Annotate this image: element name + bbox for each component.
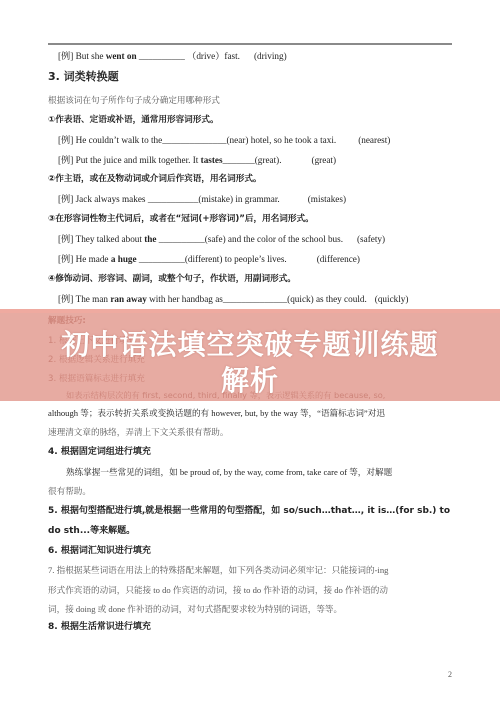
tip-7-line-2: 形式作宾语的动词，只能接 to do 作宾语的动词，接 to do 作补语的动词… xyxy=(48,584,388,596)
section3-title: 3. 词类转换题 xyxy=(48,71,119,83)
example-answer: (nearest) xyxy=(358,135,390,145)
tip-6: 6. 根据词汇知识进行填充 xyxy=(48,545,151,557)
tip-3-text-3: 速理清文章的脉络，弄清上下文关系很有帮助。 xyxy=(48,427,228,439)
example-answer: (safety) xyxy=(357,234,385,244)
example-bold: the xyxy=(144,234,156,244)
tip-5-line-1: 5. 根据句型搭配进行填,就是根据一些常用的句型搭配，如 so/such…tha… xyxy=(48,505,450,517)
example-prefix: [例] Jack always makes xyxy=(58,194,148,204)
rule-2-label: ②作主语，或在及物动词或介词后作宾语，用名词形式。 xyxy=(48,173,262,185)
example-suffix: with her handbag as xyxy=(149,294,223,304)
example-prefix: [例] He couldn’t walk to the xyxy=(58,135,162,145)
example-prefix: [例] They talked about xyxy=(58,234,144,244)
tip-8: 8. 根据生活常识进行填充 xyxy=(48,621,151,633)
rule-1-label: ①作表语、定语或补语，通常用形容词形式。 xyxy=(48,114,219,126)
example-bold: ran away xyxy=(110,294,147,304)
title-banner: 初中语法填空突破专题训练题 解析 xyxy=(0,309,500,401)
rule-3-label: ③在形容词性物主代词后，或者在“冠词(+形容词)”后，用名词形式。 xyxy=(48,213,314,225)
rule-1-example-2: [例] Put the juice and milk together. It … xyxy=(58,154,336,166)
tip-5-line-2: do sth...等来解题。 xyxy=(48,525,135,537)
example-suffix: (safe) and the color of the school bus. xyxy=(205,234,343,244)
example-blank: ______________ xyxy=(162,135,226,145)
tip-4-text-2: 很有帮助。 xyxy=(48,486,91,498)
tip-3-text-2: although 等；表示转折关系或变换话题的有 however, but, b… xyxy=(48,407,385,419)
rule-1-example-1: [例] He couldn’t walk to the_____________… xyxy=(58,134,390,146)
example-answer: (great) xyxy=(312,155,336,165)
header-rule xyxy=(48,43,452,45)
rule-4-example-1: [例] The man ran away with her handbag as… xyxy=(58,293,408,305)
tip-4: 4. 根据固定词组进行填充 xyxy=(48,446,151,458)
example-blank: __________ xyxy=(139,254,185,264)
document-page: [例] But she went on __________ （drive）fa… xyxy=(0,0,500,708)
example-answer: (quickly) xyxy=(375,294,409,304)
example-blank: __________ xyxy=(139,51,185,61)
example-suffix-2: (quick) as they could. xyxy=(287,294,367,304)
example-answer: (difference) xyxy=(317,254,360,264)
top-example: [例] But she went on __________ （drive）fa… xyxy=(58,50,287,62)
example-prefix: [例] He made xyxy=(58,254,111,264)
example-bold: tastes xyxy=(201,155,223,165)
example-blank: __________ xyxy=(159,234,205,244)
banner-title-line-2: 解析 xyxy=(0,359,500,399)
tip-7-line-3: 词，接 doing 或 done 作补语的动词，对句式搭配要求较为特别的词语，等… xyxy=(48,603,342,615)
rule-3-example-1: [例] They talked about the __________(saf… xyxy=(58,233,385,245)
example-suffix: （drive）fast. xyxy=(187,51,240,61)
section3-intro: 根据该词在句子所作句子成分确定用哪种形式 xyxy=(48,95,220,107)
example-suffix: (great). xyxy=(255,155,282,165)
example-prefix: [例] The man xyxy=(58,294,110,304)
example-answer: (mistakes) xyxy=(308,194,346,204)
example-prefix: [例] Put the juice and milk together. It xyxy=(58,155,201,165)
example-suffix: (mistake) in grammar. xyxy=(198,194,279,204)
example-bold: went on xyxy=(106,51,137,61)
tip-7-line-1: 7. 指根据某些词语在用法上的特殊搭配来解题，如下列各类动词必须牢记：只能接词的… xyxy=(48,564,388,576)
rule-2-example-1: [例] Jack always makes ___________(mistak… xyxy=(58,193,346,205)
example-blank: _______ xyxy=(223,155,255,165)
tip-4-text-1: 熟练掌握一些常见的词组，如 be proud of, by the way, c… xyxy=(66,466,392,478)
rule-3-example-2: [例] He made a huge __________(different)… xyxy=(58,253,360,265)
rule-4-label: ④修饰动词、形容词、副词，或整个句子，作状语，用副词形式。 xyxy=(48,273,296,285)
example-answer: (driving) xyxy=(254,51,287,61)
banner-top-stripe xyxy=(0,309,500,313)
example-blank: ___________ xyxy=(148,194,199,204)
page-number: 2 xyxy=(448,670,452,679)
example-suffix: (different) to people’s lives. xyxy=(185,254,287,264)
example-blank: ______________ xyxy=(223,294,287,304)
example-bold: a huge xyxy=(111,254,137,264)
example-prefix: [例] But she xyxy=(58,51,106,61)
example-suffix: (near) hotel, so he took a taxi. xyxy=(227,135,337,145)
banner-title-line-1: 初中语法填空突破专题训练题 xyxy=(0,323,500,363)
